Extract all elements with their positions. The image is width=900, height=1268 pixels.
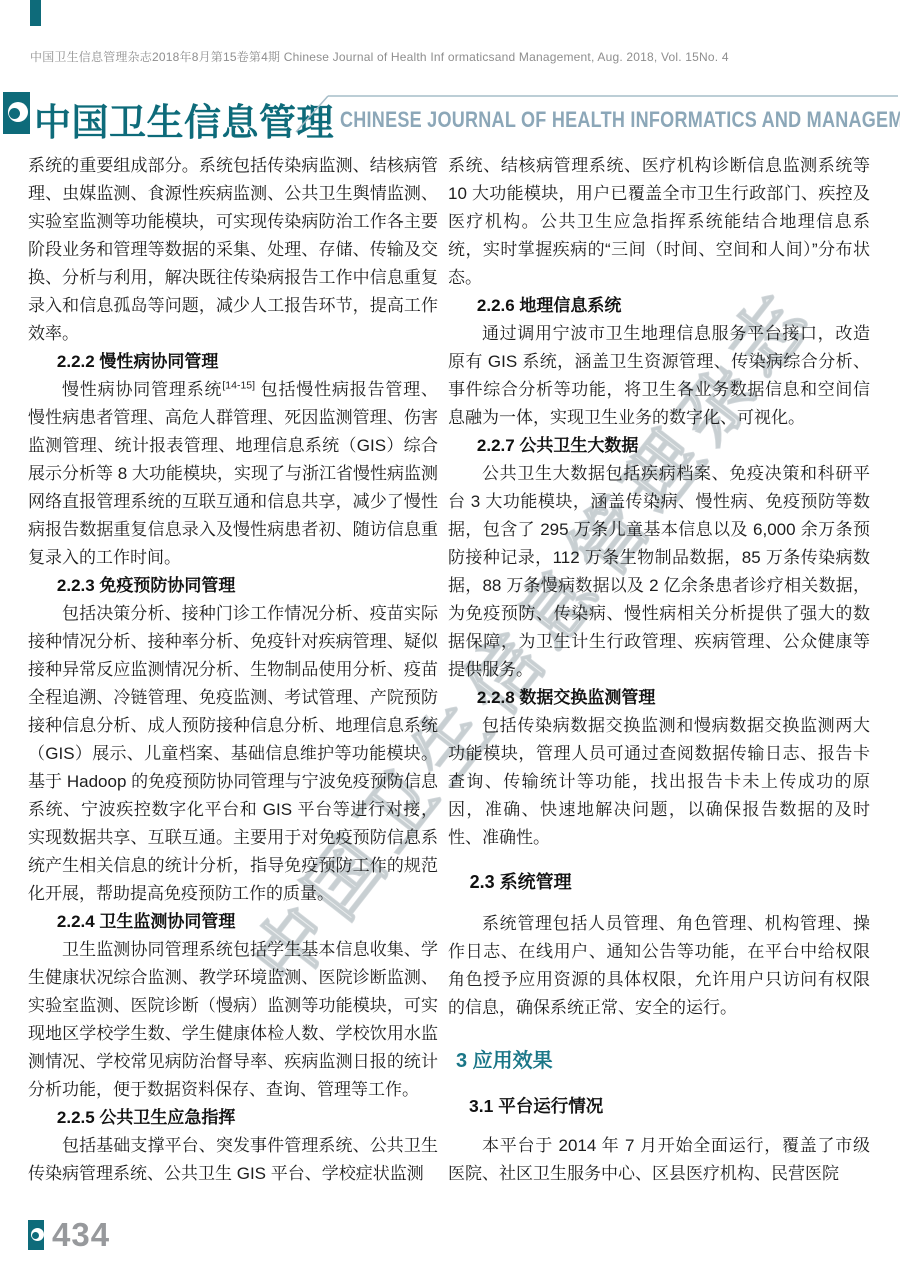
page-number: 434 <box>52 1216 110 1254</box>
right-column: 系统、结核病管理系统、医疗机构诊断信息监测系统等 10 大功能模块，用户已覆盖全… <box>448 152 870 1188</box>
paragraph-chronic-disease: 慢性病协同管理系统[14-15] 包括慢性病报告管理、慢性病患者管理、高危人群管… <box>28 376 438 572</box>
heading-2-3: 2.3 系统管理 <box>448 868 870 896</box>
heading-3-application-effect: 3 应用效果 <box>448 1046 870 1076</box>
paragraph-system-management: 系统管理包括人员管理、角色管理、机构管理、操作日志、在线用户、通知公告等功能，在… <box>448 910 870 1022</box>
top-edge-tab <box>30 0 41 26</box>
heading-3-1: 3.1 平台运行情况 <box>448 1092 870 1120</box>
heading-2-2-2: 2.2.2 慢性病协同管理 <box>28 348 438 376</box>
paragraph-text: 包括慢性病报告管理、慢性病患者管理、高危人群管理、死因监测管理、伤害监测管理、统… <box>28 380 438 567</box>
heading-2-2-7: 2.2.7 公共卫生大数据 <box>448 432 870 460</box>
paragraph-immunization: 包括决策分析、接种门诊工作情况分析、疫苗实际接种情况分析、接种率分析、免疫针对疾… <box>28 600 438 908</box>
journal-title-en: CHINESE JOURNAL OF HEALTH INFORMATICS AN… <box>340 107 865 133</box>
heading-2-2-4: 2.2.4 卫生监测协同管理 <box>28 908 438 936</box>
paragraph-text: 慢性病协同管理系统 <box>62 380 222 399</box>
heading-2-2-5: 2.2.5 公共卫生应急指挥 <box>28 1104 438 1132</box>
running-head: 中国卫生信息管理杂志2018年8月第15卷第4期 Chinese Journal… <box>30 48 870 65</box>
journal-page: 中国卫生信息管理杂志2018年8月第15卷第4期 Chinese Journal… <box>0 0 900 1268</box>
paragraph-emergency-command: 包括基础支撑平台、突发事件管理系统、公共卫生传染病管理系统、公共卫生 GIS 平… <box>28 1132 438 1188</box>
heading-2-2-3: 2.2.3 免疫预防协同管理 <box>28 572 438 600</box>
paragraph-data-exchange: 包括传染病数据交换监测和慢病数据交换监测两大功能模块，管理人员可通过查阅数据传输… <box>448 712 870 852</box>
paragraph-gis: 通过调用宁波市卫生地理信息服务平台接口，改造原有 GIS 系统，涵盖卫生资源管理… <box>448 320 870 432</box>
paragraph-health-monitoring: 卫生监测协同管理系统包括学生基本信息收集、学生健康状况综合监测、教学环境监测、医… <box>28 936 438 1104</box>
left-column: 系统的重要组成部分。系统包括传染病监测、结核病管理、虫媒监测、食源性疾病监测、公… <box>28 152 438 1188</box>
paragraph-platform-operation: 本平台于 2014 年 7 月开始全面运行，覆盖了市级医院、社区卫生服务中心、区… <box>448 1132 870 1188</box>
heading-2-2-6: 2.2.6 地理信息系统 <box>448 292 870 320</box>
heading-2-2-8: 2.2.8 数据交换监测管理 <box>448 684 870 712</box>
paragraph-emergency-command-continuation: 系统、结核病管理系统、医疗机构诊断信息监测系统等 10 大功能模块，用户已覆盖全… <box>448 152 870 292</box>
citation-ref: [14-15] <box>222 379 255 391</box>
footer-logo-icon <box>28 1220 44 1250</box>
paragraph-intro-continuation: 系统的重要组成部分。系统包括传染病监测、结核病管理、虫媒监测、食源性疾病监测、公… <box>28 152 438 348</box>
footer-logo-dot <box>32 1232 39 1239</box>
paragraph-big-data: 公共卫生大数据包括疾病档案、免疫决策和科研平台 3 大功能模块，涵盖传染病、慢性… <box>448 460 870 684</box>
